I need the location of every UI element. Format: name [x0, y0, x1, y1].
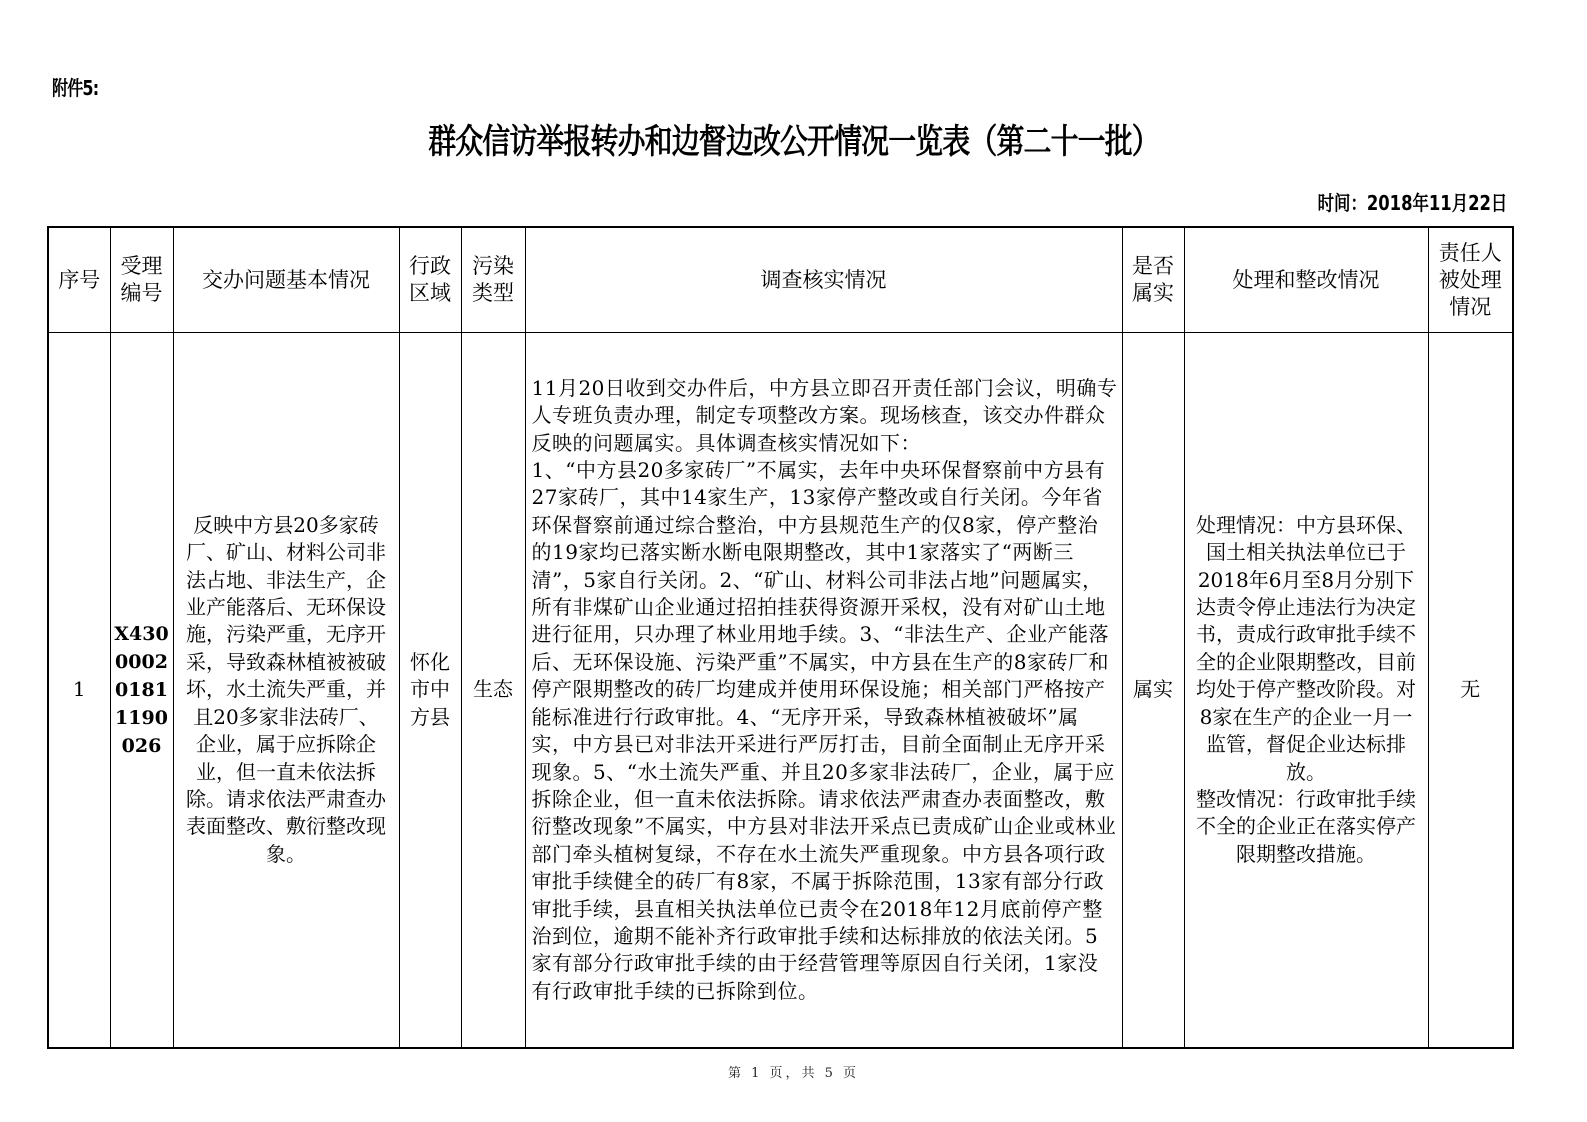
cell-handling: 处理情况：中方县环保、国土相关执法单位已于2018年6月至8月分别下达责令停止违…	[1184, 333, 1428, 1049]
page-footer: 第 1 页，共 5 页	[0, 1062, 1587, 1081]
cell-seq: 1	[48, 333, 110, 1049]
cell-case-id: X430 0002 0181 1190 026	[110, 333, 173, 1049]
cell-region: 怀化 市中 方县	[399, 333, 461, 1049]
header-region: 行政 区域	[399, 227, 461, 333]
cell-verified: 属实	[1122, 333, 1184, 1049]
header-seq: 序号	[48, 227, 110, 333]
document-date-text: 时间：2018年11月22日	[1317, 187, 1507, 216]
header-pollution-type: 污染 类型	[461, 227, 525, 333]
header-handling: 处理和整改情况	[1184, 227, 1428, 333]
attachment-label: 附件5:	[52, 72, 98, 101]
header-verified: 是否 属实	[1122, 227, 1184, 333]
page-title-text: 群众信访举报转办和边督边改公开情况一览表（第二十一批）	[428, 114, 1159, 163]
header-investigation: 调查核实情况	[525, 227, 1122, 333]
complaints-table: 序号 受理 编号 交办问题基本情况 行政 区域 污染 类型 调查核实情况 是否 …	[47, 226, 1514, 1049]
cell-issue: 反映中方县20多家砖厂、矿山、材料公司非法占地、非法生产，企业产能落后、无环保设…	[173, 333, 399, 1049]
header-case-id: 受理 编号	[110, 227, 173, 333]
page-title: 群众信访举报转办和边督边改公开情况一览表（第二十一批）	[0, 114, 1587, 163]
header-accountability: 责任人 被处理 情况	[1428, 227, 1513, 333]
document-date: 时间：2018年11月22日	[1276, 187, 1507, 216]
table-header-row: 序号 受理 编号 交办问题基本情况 行政 区域 污染 类型 调查核实情况 是否 …	[48, 227, 1513, 333]
cell-pollution-type: 生态	[461, 333, 525, 1049]
case-id-text: X430 0002 0181 1190 026	[114, 620, 168, 760]
table-row: 1 X430 0002 0181 1190 026 反映中方县20多家砖厂、矿山…	[48, 333, 1513, 1049]
cell-investigation: 11月20日收到交办件后，中方县立即召开责任部门会议，明确专人专班负责办理，制定…	[525, 333, 1122, 1049]
cell-accountability: 无	[1428, 333, 1513, 1049]
header-issue: 交办问题基本情况	[173, 227, 399, 333]
